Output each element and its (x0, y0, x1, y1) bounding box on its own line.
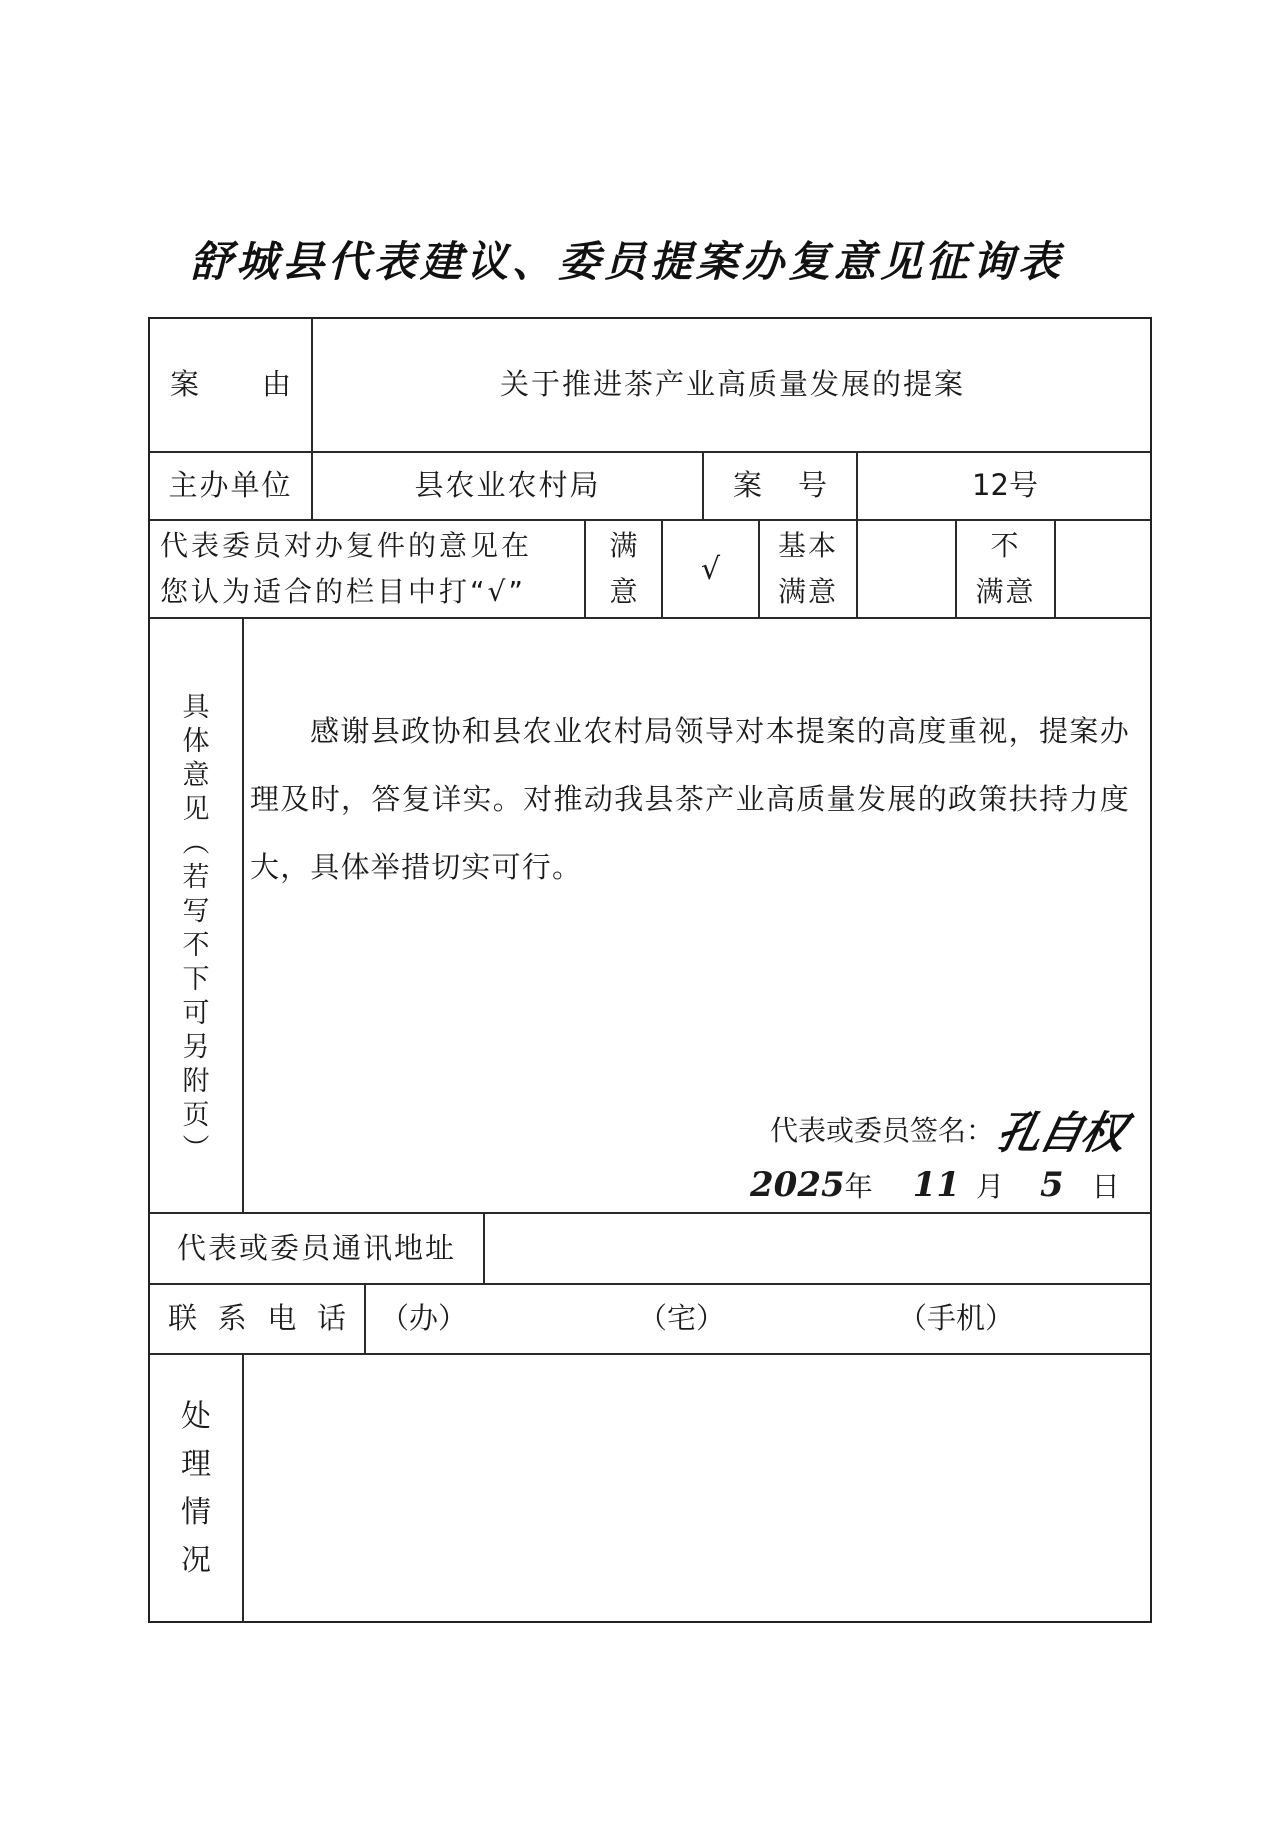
label-char: 由 (262, 363, 291, 407)
label-char: 处 (181, 1393, 211, 1441)
case-number-label: 案 号 (704, 453, 856, 519)
label-char: 案 (170, 363, 199, 407)
option-label-line: 基本 (778, 523, 838, 569)
instruction-line: 您认为适合的栏目中打“√” (160, 569, 526, 615)
opinion-area: 感谢县政协和县农业农村局领导对本提案的高度重视，提案办理及时，答复详实。对推动我… (150, 619, 1152, 1212)
signature-row: 代表或委员签名： 孔自权 (770, 1097, 1124, 1161)
label-char: 情 (181, 1489, 211, 1537)
option-label-line: 满意 (778, 569, 838, 615)
option-basically-satisfied-label: 基本 满意 (760, 521, 856, 617)
phone-home-field[interactable]: （宅） (638, 1285, 898, 1353)
handwritten-signature[interactable]: 孔自权 (991, 1097, 1131, 1161)
option-dissatisfied-label: 不 满意 (957, 521, 1054, 617)
label-char: 况 (181, 1537, 211, 1585)
option-dissatisfied-checkbox[interactable] (1056, 521, 1152, 617)
label-char: 话 (317, 1297, 346, 1341)
signature-label: 代表或委员签名： (770, 1109, 994, 1149)
date-year-unit: 年 (845, 1165, 873, 1205)
form-title: 舒城县代表建议、委员提案办复意见征询表 (190, 236, 1050, 288)
phone-mobile-field[interactable]: （手机） (898, 1285, 1152, 1353)
host-unit-label: 主办单位 (150, 453, 311, 519)
address-label: 代表或委员通讯地址 (150, 1214, 483, 1283)
option-label-line: 意 (609, 569, 637, 615)
case-reason-label: 案 由 (150, 319, 311, 451)
label-char: 电 (267, 1297, 296, 1341)
label-char: 联 (168, 1297, 197, 1341)
host-unit-value[interactable]: 县农业农村局 (313, 453, 702, 519)
option-satisfied-checkbox[interactable]: √ (663, 521, 758, 617)
option-satisfied-label: 满 意 (586, 521, 661, 617)
option-basically-satisfied-checkbox[interactable] (858, 521, 955, 617)
label-char: 理 (181, 1441, 211, 1489)
signature-date: 2025 年 11 月 5 日 (750, 1165, 1120, 1205)
label-char: 案 (733, 464, 762, 508)
case-number-value[interactable]: 12号 (858, 453, 1152, 519)
rating-instruction: 代表委员对办复件的意见在 您认为适合的栏目中打“√” (150, 521, 584, 617)
phone-label: 联 系 电 话 (150, 1285, 364, 1353)
case-reason-value[interactable]: 关于推进茶产业高质量发展的提案 (313, 319, 1152, 451)
handling-field[interactable] (244, 1355, 1152, 1623)
instruction-line: 代表委员对办复件的意见在 (160, 523, 532, 569)
address-field[interactable] (485, 1214, 1152, 1283)
option-label-line: 满意 (975, 569, 1035, 615)
date-month[interactable]: 11 (913, 1165, 960, 1205)
handling-label: 处 理 情 况 (150, 1355, 242, 1623)
label-char: 号 (798, 464, 827, 508)
phone-office-field[interactable]: （办） (366, 1285, 616, 1353)
option-label-line: 满 (609, 523, 637, 569)
date-day[interactable]: 5 (1040, 1165, 1064, 1205)
option-label-line: 不 (990, 523, 1020, 569)
date-year[interactable]: 2025 (750, 1165, 845, 1205)
date-day-unit: 日 (1092, 1165, 1120, 1205)
feedback-form-table: 案 由 关于推进茶产业高质量发展的提案 主办单位 县农业农村局 案 号 12号 … (148, 317, 1152, 1623)
label-char: 系 (218, 1297, 247, 1341)
opinion-text[interactable]: 感谢县政协和县农业农村局领导对本提案的高度重视，提案办理及时，答复详实。对推动我… (250, 697, 1130, 901)
date-month-unit: 月 (976, 1165, 1004, 1205)
